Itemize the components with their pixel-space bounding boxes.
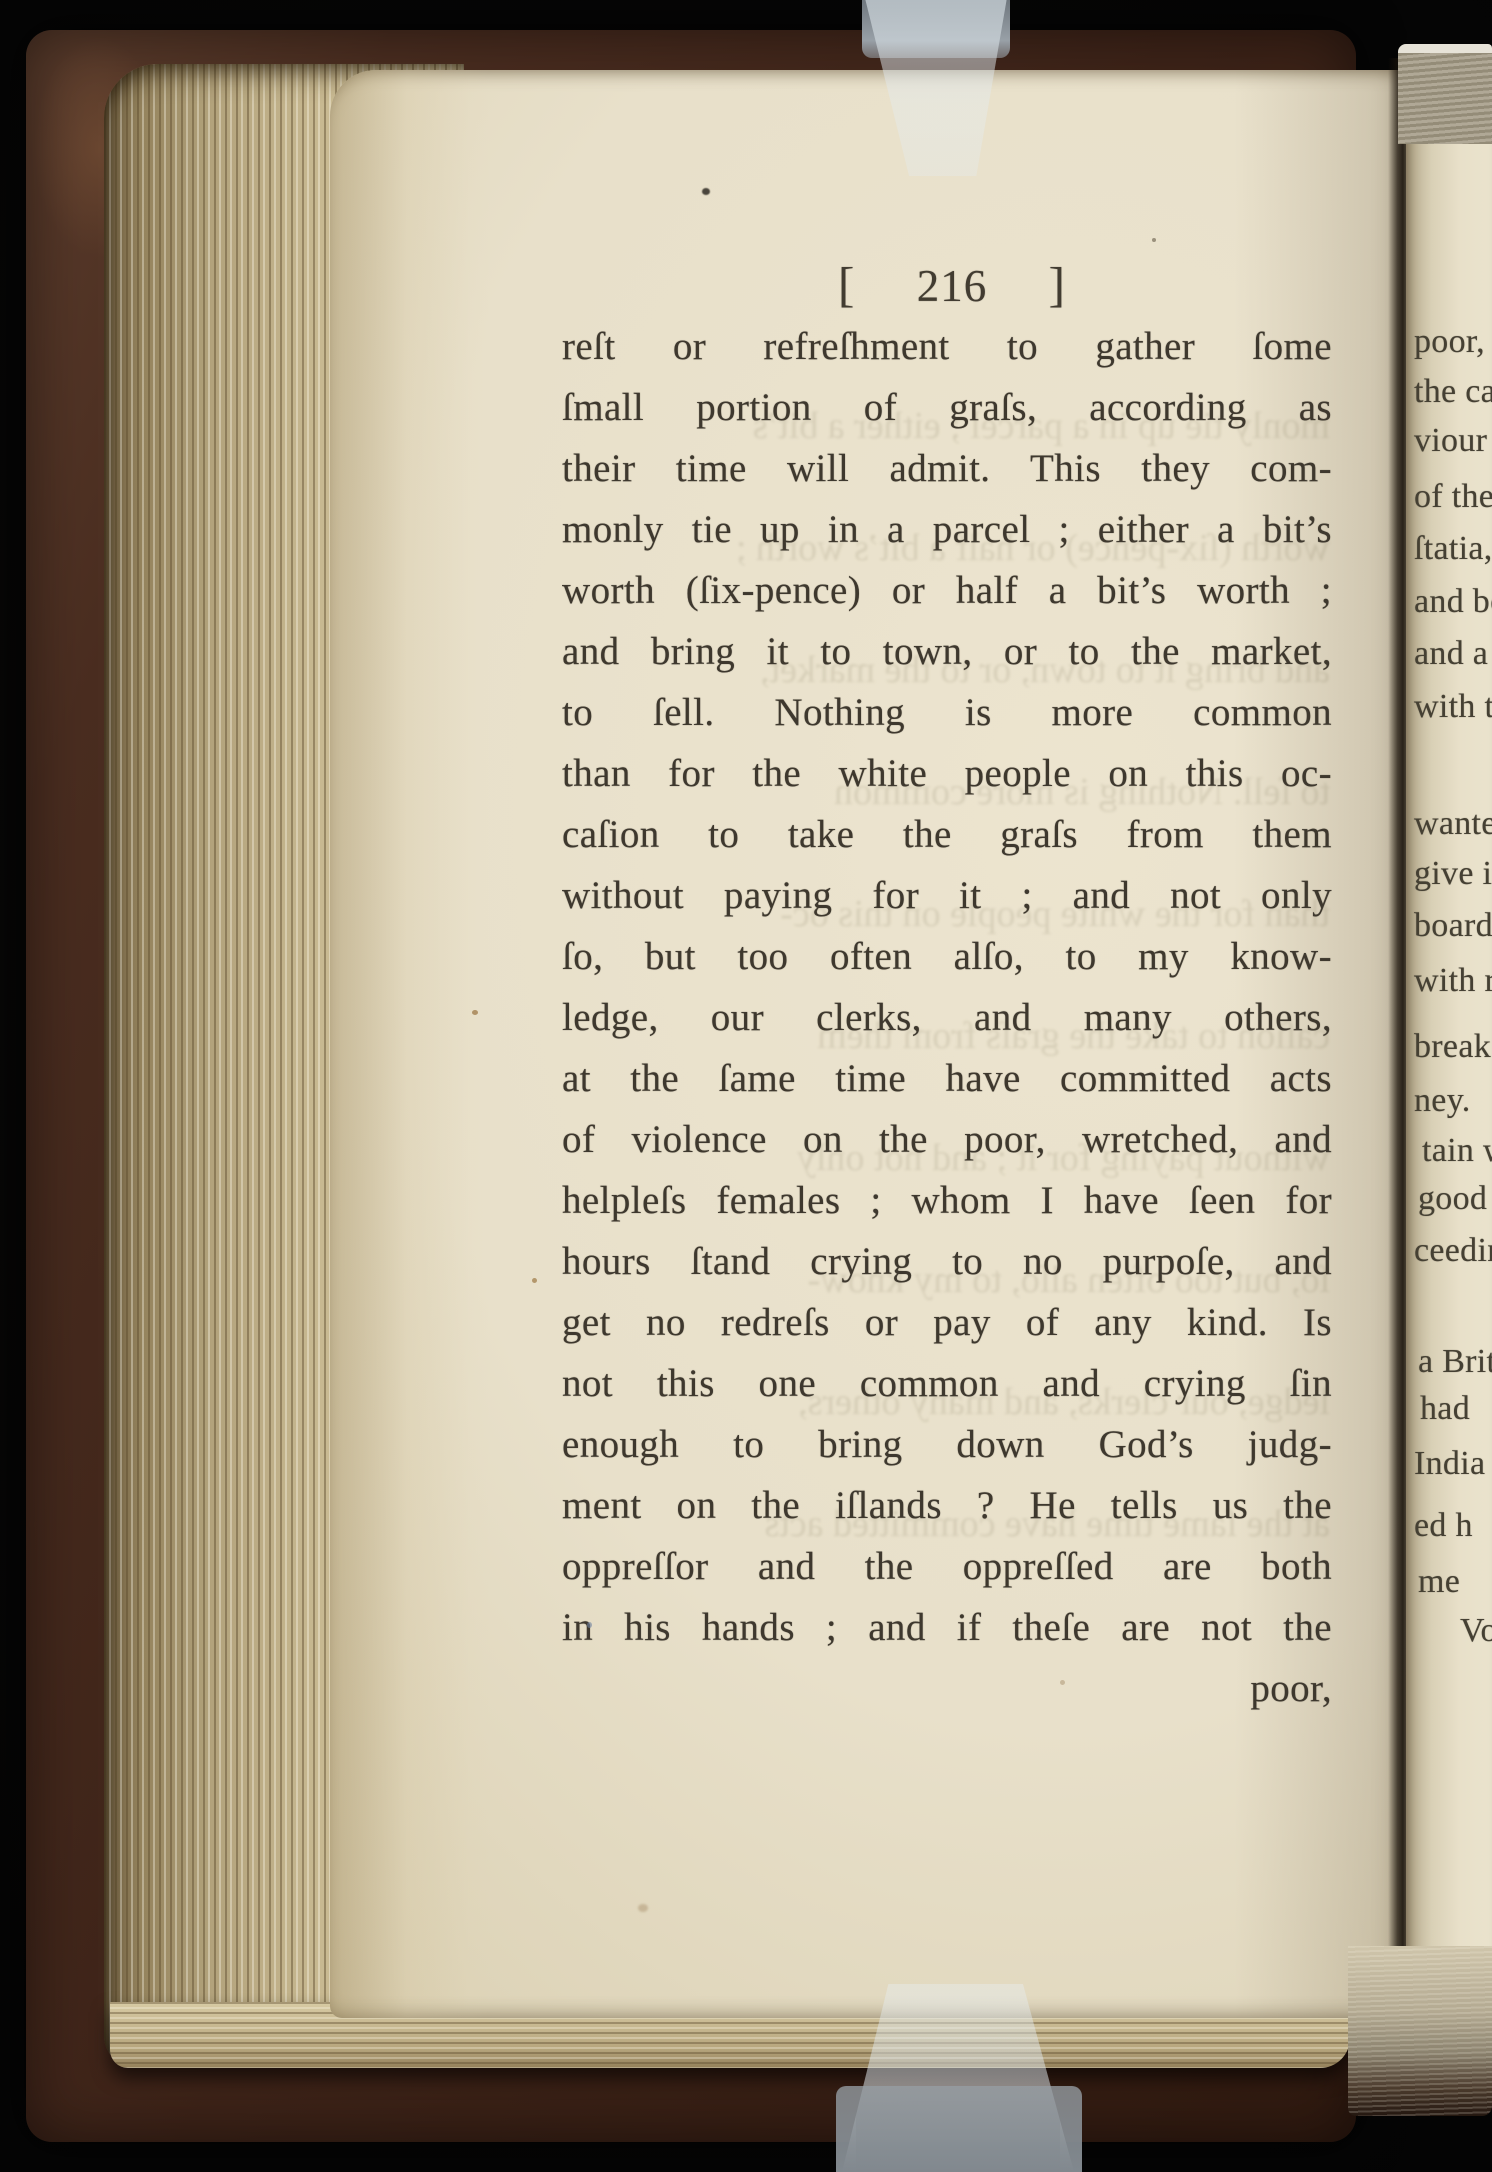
text-line: not this one common and crying ſin [562, 1353, 1332, 1414]
bracket-close: ] [1049, 256, 1066, 313]
fore-edge-top-right [1398, 44, 1492, 144]
ink-speck [702, 188, 710, 195]
page-number-header: [ 216 ] [838, 256, 1066, 313]
text-line: helpleſs females ; whom I have ſeen for [562, 1170, 1332, 1231]
facing-page-fragment: good a [1418, 1177, 1492, 1221]
facing-page-fragment: India [1414, 1442, 1485, 1486]
facing-page-fragment: viour ſp [1414, 419, 1492, 463]
facing-page-sliver: poor,the capviour ſpof theſeſtatia,and b… [1406, 128, 1492, 1972]
foxing-spot [532, 1278, 537, 1283]
facing-page-fragment: me [1418, 1560, 1460, 1604]
text-line: reſt or refreſhment to gather ſome [562, 316, 1332, 377]
facing-page-fragment: ney. [1414, 1079, 1471, 1123]
facing-page-fragment: Vo [1460, 1609, 1492, 1653]
text-line: hours ſtand crying to no purpoſe, and [562, 1231, 1332, 1292]
text-line: monly tie up in a parcel ; either a bit’… [562, 499, 1332, 560]
text-line: without paying for it ; and not only [562, 865, 1332, 926]
text-line: get no redreſs or pay of any kind. Is [562, 1292, 1332, 1353]
foxing-spot [1152, 238, 1156, 242]
catchword: poor, [562, 1658, 1332, 1719]
text-line: worth (ſix-pence) or half a bit’s worth … [562, 560, 1332, 621]
facing-page-fragment: had [1420, 1387, 1470, 1431]
facing-page-fragment: tain w [1422, 1129, 1492, 1173]
facing-page-fragment: a Brit [1418, 1340, 1492, 1384]
text-line: to ſell. Nothing is more common [562, 682, 1332, 743]
foxing-spot [472, 1010, 478, 1015]
text-line: in his hands ; and if theſe are not the [562, 1597, 1332, 1658]
facing-page-fragment: wante [1414, 802, 1492, 846]
text-line: caſion to take the graſs from them [562, 804, 1332, 865]
facing-page-fragment: and bo [1414, 580, 1492, 624]
text-line: ſmall portion of graſs, according as [562, 377, 1332, 438]
facing-page-fragment: the cap [1414, 370, 1492, 414]
text-line: of violence on the poor, wretched, and [562, 1109, 1332, 1170]
foxing-spot [587, 1622, 592, 1628]
bracket-open: [ [838, 256, 855, 313]
foxing-spot [1060, 1680, 1065, 1685]
text-line: at the ſame time have committed acts [562, 1048, 1332, 1109]
foxing-spot [638, 1904, 648, 1912]
facing-page-fragment: break [1414, 1025, 1491, 1069]
facing-page-fragment: ed h [1414, 1504, 1473, 1548]
facing-page-fragment: with t [1414, 685, 1492, 729]
text-line: oppreſſor and the oppreſſed are both [562, 1536, 1332, 1597]
facing-page-fragment: board, [1414, 904, 1492, 948]
page-number: 216 [917, 260, 988, 312]
facing-page-fragment: ſtatia, [1414, 527, 1492, 571]
bottom-strap-clip [836, 2086, 1082, 2172]
text-line: ſo, but too often alſo, to my know- [562, 926, 1332, 987]
facing-page-fragment: and a [1414, 632, 1488, 676]
fore-edge-bottom-right [1348, 1946, 1492, 2116]
facing-page-fragment: ceedin [1414, 1229, 1492, 1273]
book-scan: monly tie up in a parcel ; either a bit’… [0, 0, 1492, 2172]
text-line: their time will admit. This they com- [562, 438, 1332, 499]
text-line: ment on the iſlands ? He tells us the [562, 1475, 1332, 1536]
text-line: enough to bring down God’s judg- [562, 1414, 1332, 1475]
facing-page-fragment: of theſe [1414, 475, 1492, 519]
facing-page-fragment: poor, [1414, 320, 1485, 364]
body-text: reſt or refreſhment to gather ſomeſmall … [562, 316, 1332, 1658]
text-line: ledge, our clerks, and many others, [562, 987, 1332, 1048]
left-page: monly tie up in a parcel ; either a bit’… [330, 70, 1406, 2018]
facing-page-fragment: give it [1414, 852, 1492, 896]
facing-page-fragment: with r [1414, 959, 1492, 1003]
text-line: and bring it to town, or to the market, [562, 621, 1332, 682]
text-line: than for the white people on this oc- [562, 743, 1332, 804]
